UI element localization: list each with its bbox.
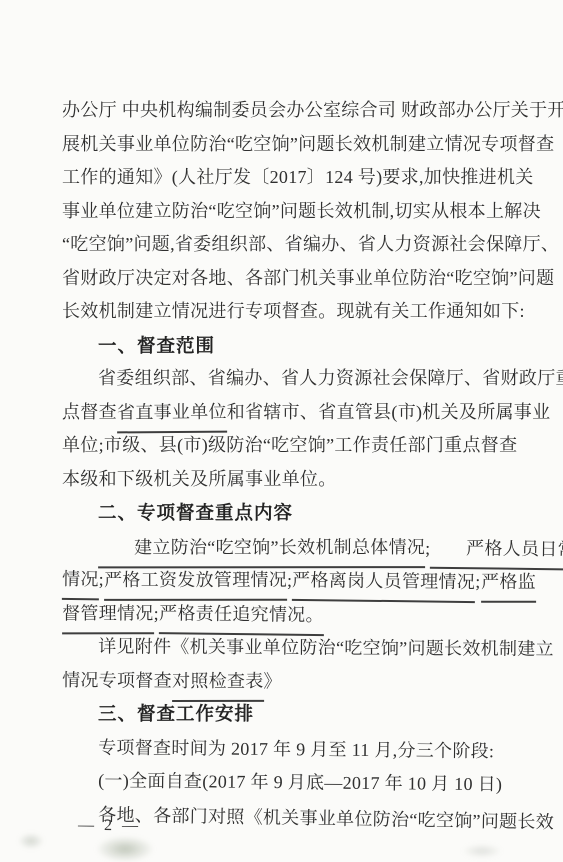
doc-line: 点督查省直事业单位和省辖市、省直管县(市)机关及所属事业 xyxy=(62,396,507,430)
doc-line: 展机关事业单位防治“吃空饷”问题长效机制建立情况专项督查 xyxy=(62,128,507,162)
doc-line: 专项督查时间为 2017 年 9 月至 11 月,分三个阶段: xyxy=(62,731,507,769)
underlined-phrase: 严格离岗人员管理情况 xyxy=(292,564,475,603)
section-heading-3: 三、督查工作安排 xyxy=(62,697,507,731)
scanned-document: { "content": { "lines": [ {"text": "办公厅 … xyxy=(0,0,563,862)
doc-text: 点督查 xyxy=(62,402,117,422)
doc-line: 建立防治“吃空饷”长效机制总体情况;严格人员日常管理 xyxy=(62,530,507,566)
doc-text: 和省辖市、省直管县(市)机关及所属事业 xyxy=(227,402,551,422)
page-number: — 2 — xyxy=(78,817,141,836)
doc-line: 详见附件《机关事业单位防治“吃空饷”问题长效机制建立 xyxy=(62,630,507,666)
underlined-phrase: 严格责任追究情况。 xyxy=(159,597,324,636)
section-heading-2: 二、专项督查重点内容 xyxy=(62,496,507,530)
doc-line: 工作的通知》(人社厅发〔2017〕124 号)要求,加快推进机关 xyxy=(62,161,507,195)
document-page: 办公厅 中央机构编制委员会办公室综合司 财政部办公厅关于开 展机关事业单位防治“… xyxy=(0,0,563,862)
doc-line: 情况;严格工资发放管理情况;严格离岗人员管理情况;严格监 xyxy=(62,563,507,599)
underlined-phrase: 严格监 xyxy=(481,566,536,603)
underlined-phrase: 严格人员日常管理 xyxy=(430,531,563,570)
section-heading-1: 一、督查范围 xyxy=(62,329,507,363)
doc-line: 办公厅 中央机构编制委员会办公室综合司 财政部办公厅关于开 xyxy=(62,94,507,128)
underlined-phrase: 省直事业单位 xyxy=(117,395,227,432)
doc-text: ; xyxy=(475,572,480,592)
doc-text: 》 xyxy=(263,671,281,691)
doc-text: 情况专项督查 xyxy=(62,670,172,691)
underlined-phrase: 严格工资发放管理情况 xyxy=(104,564,287,601)
underlined-phrase: 对照检查表 xyxy=(172,664,264,701)
doc-line: 情况专项督查对照检查表》 xyxy=(62,664,507,700)
doc-line: 本级和下级机关及所属事业单位。 xyxy=(62,463,507,497)
underlined-phrase: 情况 xyxy=(62,563,99,600)
doc-line: 督管理情况;严格责任追究情况。 xyxy=(62,597,507,633)
doc-line: 长效机制建立情况进行专项督查。现就有关工作通知如下: xyxy=(62,295,507,329)
doc-line: 省财政厅决定对各地、各部门机关事业单位防治“吃空饷”问题 xyxy=(62,262,507,296)
underlined-phrase: 督管理情况 xyxy=(62,597,154,634)
doc-line: 单位;市级、县(市)级防治“吃空饷”工作责任部门重点督查 xyxy=(62,429,507,463)
underlined-phrase: 建立防治“吃空饷”长效机制总体情况 xyxy=(98,531,425,568)
doc-line: (一)全面自查(2017 年 9 月底—2017 年 10 月 10 日) xyxy=(62,764,507,802)
doc-line: “吃空饷”问题,省委组织部、省编办、省人力资源社会保障厅、 xyxy=(62,228,507,262)
doc-line: 省委组织部、省编办、省人力资源社会保障厅、省财政厅重 xyxy=(62,362,507,396)
doc-line: 事业单位建立防治“吃空饷”问题长效机制,切实从根本上解决 xyxy=(62,195,507,229)
